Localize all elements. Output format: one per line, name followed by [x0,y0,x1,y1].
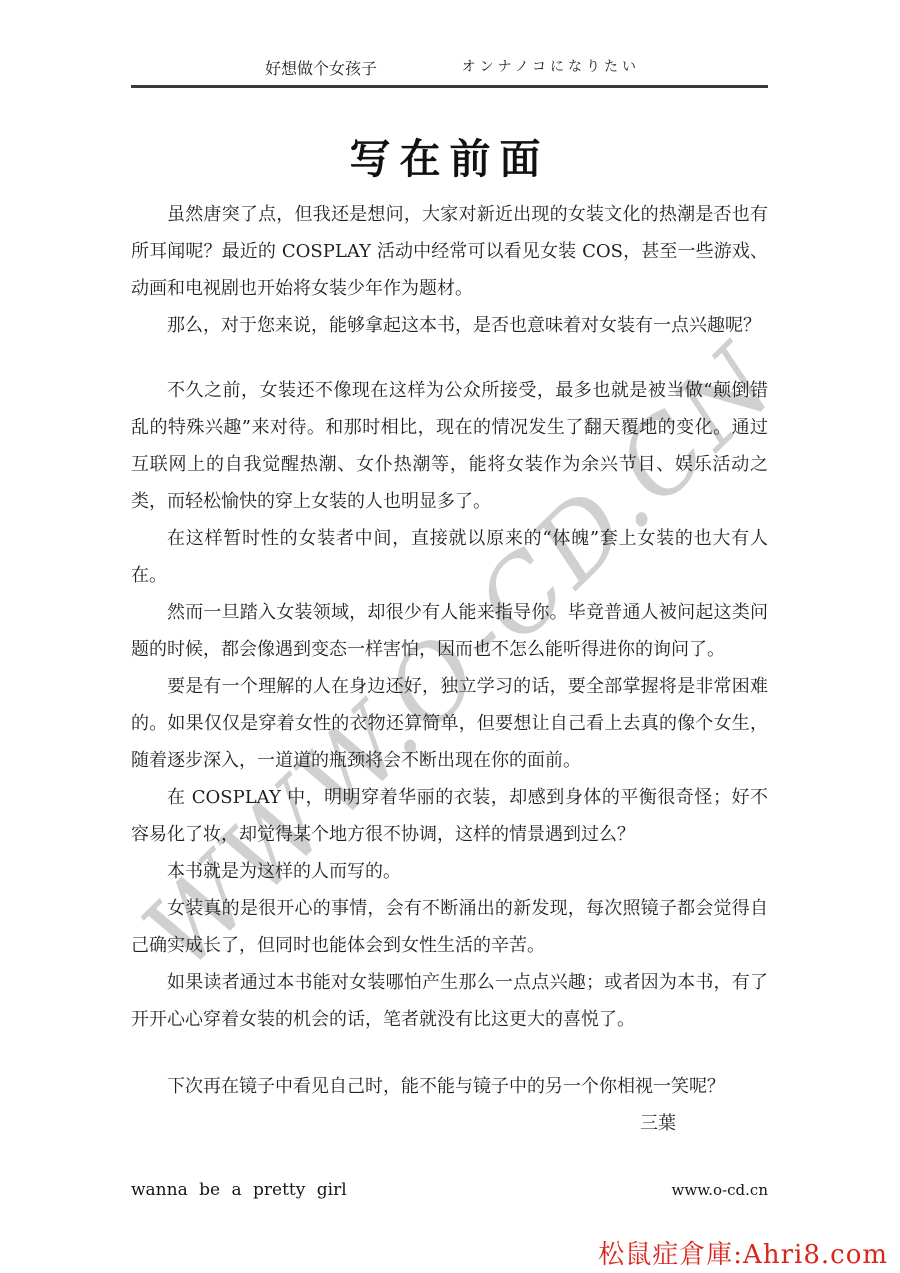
footer-url: www.o-cd.cn [672,1181,768,1199]
paragraph: 那么，对于您来说，能够拿起这本书，是否也意味着对女装有一点兴趣呢？ [131,307,768,344]
paragraph: 本书就是为这样的人而写的。 [131,853,768,890]
page-footer: wanna be a pretty girl www.o-cd.cn [131,1180,768,1200]
paragraph: 不久之前，女装还不像现在这样为公众所接受，最多也就是被当做“颠倒错乱的特殊兴趣”… [131,372,768,520]
header-book-title-cn: 好想做个女孩子 [131,56,377,79]
page-header: 好想做个女孩子 オンナノコになりたい [131,56,768,79]
paragraph: 女装真的是很开心的事情，会有不断涌出的新发现，每次照镜子都会觉得自己确实成长了，… [131,890,768,964]
author-signature: 三葉 [131,1105,768,1142]
closing-line: 下次再在镜子中看见自己时，能不能与镜子中的另一个你相视一笑呢？ [131,1068,768,1105]
paragraph: 虽然唐突了点，但我还是想问，大家对新近出现的女装文化的热潮是否也有所耳闻呢？最近… [131,196,768,307]
header-book-title-jp: オンナノコになりたい [462,56,768,79]
header-rule [131,85,768,88]
footer-slogan: wanna be a pretty girl [131,1180,347,1200]
paragraph: 在 COSPLAY 中，明明穿着华丽的衣装，却感到身体的平衡很奇怪；好不容易化了… [131,779,768,853]
paragraph: 然而一旦踏入女装领域，却很少有人能来指导你。毕竟普通人被问起这类问题的时候，都会… [131,594,768,668]
document-body: 虽然唐突了点，但我还是想问，大家对新近出现的女装文化的热潮是否也有所耳闻呢？最近… [131,196,768,1142]
page-title: 写在前面 [131,126,768,185]
document-page: WWW.O-CD.CN 好想做个女孩子 オンナノコになりたい 写在前面 虽然唐突… [0,0,900,1273]
paragraph: 如果读者通过本书能对女装哪怕产生那么一点点兴趣；或者因为本书，有了开开心心穿着女… [131,964,768,1038]
paragraph: 在这样暂时性的女装者中间，直接就以原来的“体魄”套上女装的也大有人在。 [131,520,768,594]
site-stamp: 松鼠症倉庫:Ahri8.com [598,1234,888,1271]
paragraph: 要是有一个理解的人在身边还好，独立学习的话，要全部掌握将是非常困难的。如果仅仅是… [131,668,768,779]
